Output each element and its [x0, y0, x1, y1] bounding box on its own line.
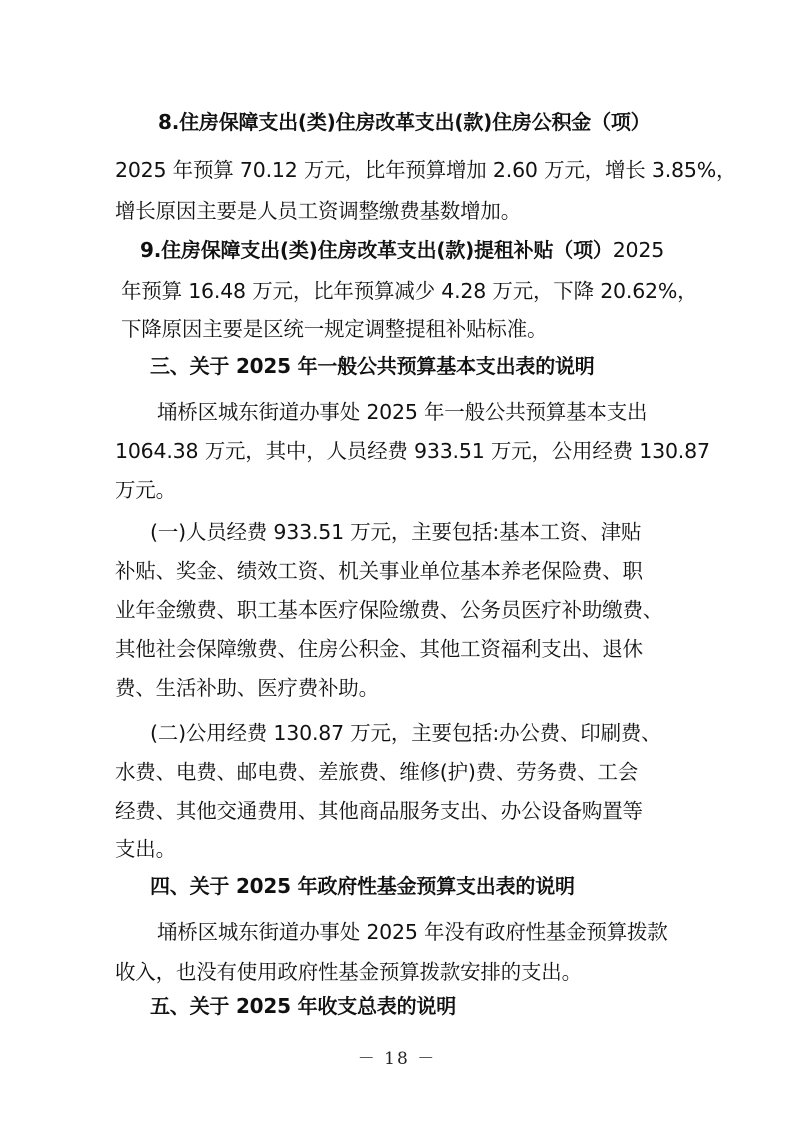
section-4-line-2: 收入，也没有使用政府性基金预算拨款安排的支出。 — [115, 958, 582, 986]
item-8-heading: 8.住房保障支出(类)住房改革支出(款)住房公积金（项） — [158, 108, 650, 136]
personnel-line-5: 费、生活补助、医疗费补助。 — [115, 674, 379, 702]
item-9-line-2: 下降原因主要是区统一规定调整提租补贴标准。 — [121, 315, 547, 343]
section-3-intro-line-3: 万元。 — [115, 476, 176, 504]
item-9-heading-tail: 2025 — [613, 238, 664, 262]
public-line-2: 水费、电费、邮电费、差旅费、维修(护)费、劳务费、工会 — [115, 758, 638, 786]
page-number: － 18 － — [0, 1044, 794, 1069]
public-line-1: (二)公用经费 130.87 万元，主要包括:办公费、印刷费、 — [150, 719, 661, 747]
document-page: 8.住房保障支出(类)住房改革支出(款)住房公积金（项） 2025 年预算 70… — [0, 0, 794, 1122]
personnel-line-3: 业年金缴费、职工基本医疗保险缴费、公务员医疗补助缴费、 — [115, 596, 663, 624]
item-8-line-1: 2025 年预算 70.12 万元，比年预算增加 2.60 万元，增长 3.85… — [115, 156, 736, 184]
section-4-line-1: 埇桥区城东街道办事处 2025 年没有政府性基金预算拨款 — [157, 918, 668, 946]
item-9-heading: 9.住房保障支出(类)住房改革支出(款)提租补贴（项） — [140, 238, 613, 262]
section-3-intro-line-2: 1064.38 万元，其中，人员经费 933.51 万元，公用经费 130.87 — [115, 437, 710, 465]
section-4-heading: 四、关于 2025 年政府性基金预算支出表的说明 — [150, 872, 575, 900]
personnel-line-2: 补贴、奖金、绩效工资、机关事业单位基本养老保险费、职 — [115, 557, 643, 585]
item-9-heading-row: 9.住房保障支出(类)住房改革支出(款)提租补贴（项）2025 — [140, 236, 664, 264]
public-line-4: 支出。 — [115, 835, 176, 863]
item-8-line-2: 增长原因主要是人员工资调整缴费基数增加。 — [115, 197, 521, 225]
personnel-line-4: 其他社会保障缴费、住房公积金、其他工资福利支出、退休 — [115, 635, 643, 663]
section-3-heading: 三、关于 2025 年一般公共预算基本支出表的说明 — [150, 352, 595, 380]
personnel-line-1: (一)人员经费 933.51 万元，主要包括:基本工资、津贴 — [150, 518, 641, 546]
public-line-3: 经费、其他交通费用、其他商品服务支出、办公设备购置等 — [115, 797, 643, 825]
item-9-line-1: 年预算 16.48 万元，比年预算减少 4.28 万元，下降 20.62%， — [121, 277, 697, 305]
section-3-intro-line-1: 埇桥区城东街道办事处 2025 年一般公共预算基本支出 — [157, 398, 647, 426]
section-5-heading: 五、关于 2025 年收支总表的说明 — [150, 992, 456, 1020]
